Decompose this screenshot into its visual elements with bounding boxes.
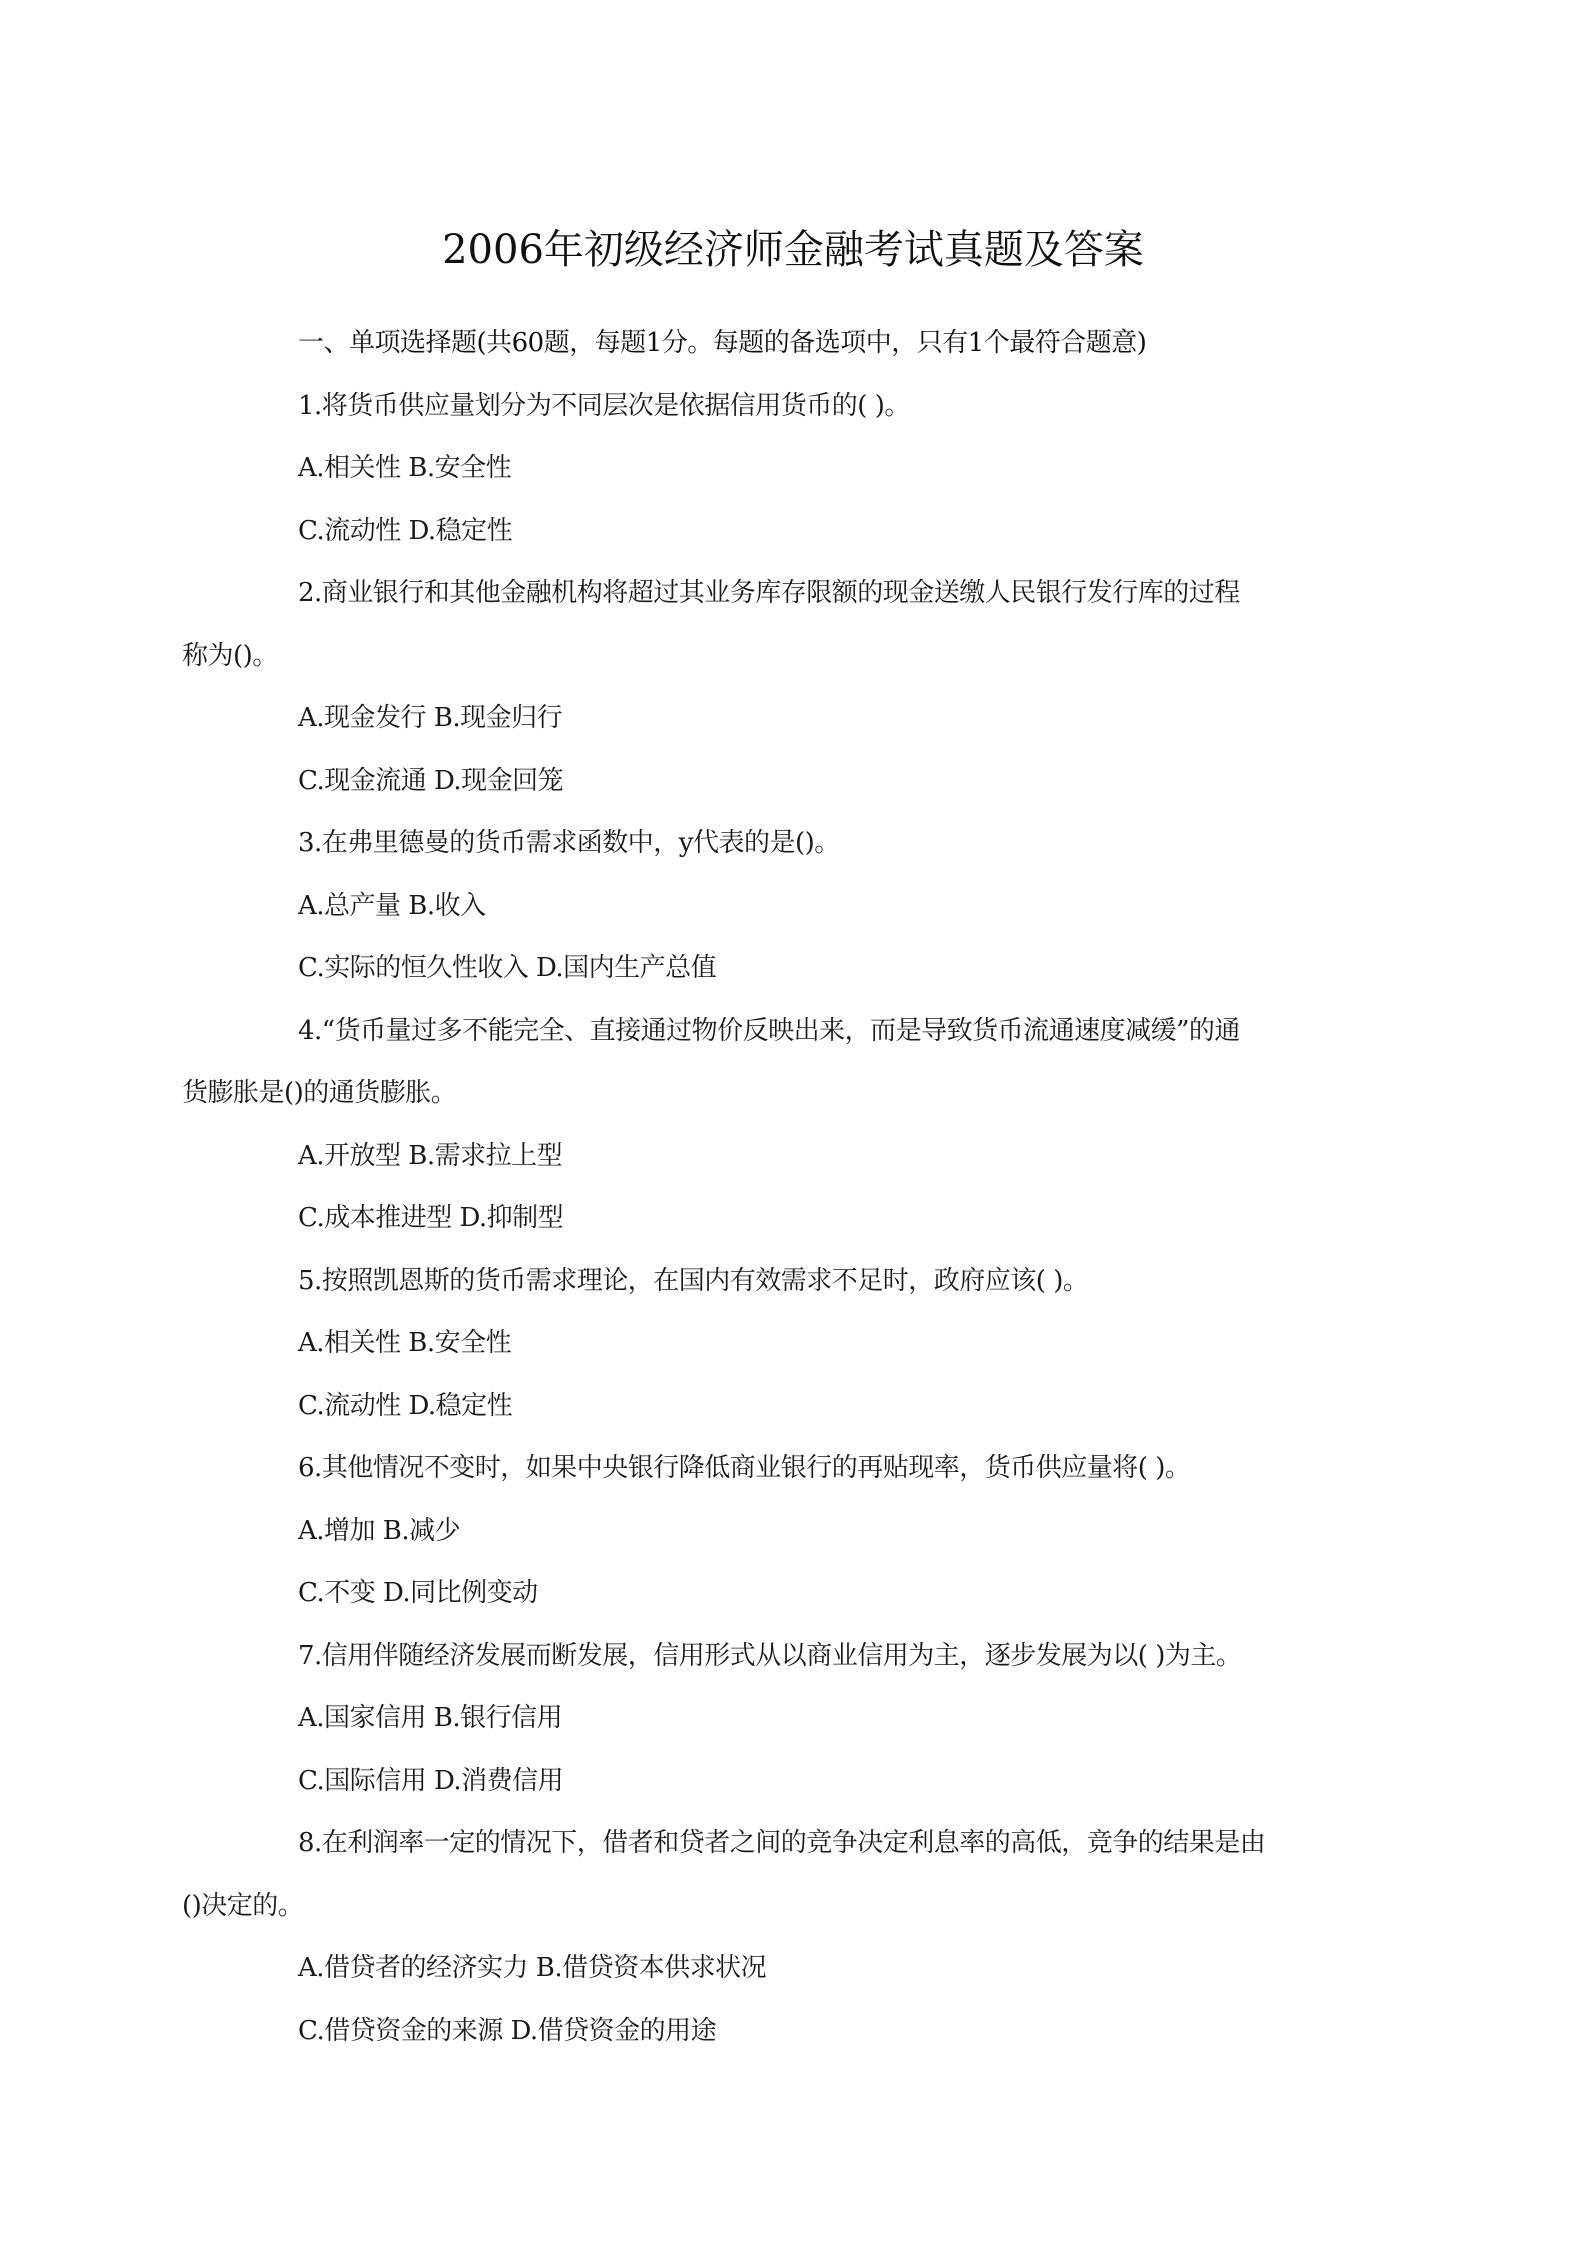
question-options-cd: C.现金流通 D.现金回笼 (240, 750, 1360, 813)
question-stem: 2.商业银行和其他金融机构将超过其业务库存限额的现金送缴人民银行发行库的过程 称… (240, 562, 1360, 687)
question-stem-line-1: 8.在利润率一定的情况下，借者和贷者之间的竞争决定利息率的高低，竞争的结果是由 (240, 1812, 1360, 1875)
question-6: 6.其他情况不变时，如果中央银行降低商业银行的再贴现率，货币供应量将( )。 A… (240, 1437, 1360, 1625)
document-body: 一、单项选择题(共60题，每题1分。每题的备选项中，只有1个最符合题意) 1.将… (240, 312, 1360, 2062)
question-stem: 4.“货币量过多不能完全、直接通过物价反映出来，而是导致货币流通速度减缓”的通 … (240, 1000, 1360, 1125)
question-stem: 6.其他情况不变时，如果中央银行降低商业银行的再贴现率，货币供应量将( )。 (240, 1437, 1360, 1500)
question-options-cd: C.成本推进型 D.抑制型 (240, 1187, 1360, 1250)
question-stem: 3.在弗里德曼的货币需求函数中，y代表的是()。 (240, 812, 1360, 875)
question-options-cd: C.不变 D.同比例变动 (240, 1562, 1360, 1625)
question-options-cd: C.流动性 D.稳定性 (240, 1375, 1360, 1438)
question-7: 7.信用伴随经济发展而断发展，信用形式从以商业信用为主，逐步发展为以( )为主。… (240, 1625, 1360, 1813)
question-stem: 1.将货币供应量划分为不同层次是依据信用货币的( )。 (240, 375, 1360, 438)
question-3: 3.在弗里德曼的货币需求函数中，y代表的是()。 A.总产量 B.收入 C.实际… (240, 812, 1360, 1000)
question-options-ab: A.开放型 B.需求拉上型 (240, 1125, 1360, 1188)
document-title: 2006年初级经济师金融考试真题及答案 (0, 222, 1586, 278)
question-options-cd: C.借贷资金的来源 D.借贷资金的用途 (240, 2000, 1360, 2063)
question-stem-line-1: 2.商业银行和其他金融机构将超过其业务库存限额的现金送缴人民银行发行库的过程 (240, 562, 1360, 625)
question-options-ab: A.相关性 B.安全性 (240, 437, 1360, 500)
question-1: 1.将货币供应量划分为不同层次是依据信用货币的( )。 A.相关性 B.安全性 … (240, 375, 1360, 563)
document-page: 2006年初级经济师金融考试真题及答案 一、单项选择题(共60题，每题1分。每题… (0, 0, 1586, 2244)
question-stem: 8.在利润率一定的情况下，借者和贷者之间的竞争决定利息率的高低，竞争的结果是由 … (240, 1812, 1360, 1937)
question-options-ab: A.相关性 B.安全性 (240, 1312, 1360, 1375)
question-stem-line-2: 称为()。 (182, 625, 1360, 688)
question-8: 8.在利润率一定的情况下，借者和贷者之间的竞争决定利息率的高低，竞争的结果是由 … (240, 1812, 1360, 2062)
section-heading: 一、单项选择题(共60题，每题1分。每题的备选项中，只有1个最符合题意) (240, 312, 1360, 375)
question-stem-line-1: 4.“货币量过多不能完全、直接通过物价反映出来，而是导致货币流通速度减缓”的通 (240, 1000, 1360, 1063)
question-options-ab: A.借贷者的经济实力 B.借贷资本供求状况 (240, 1937, 1360, 2000)
question-stem: 5.按照凯恩斯的货币需求理论，在国内有效需求不足时，政府应该( )。 (240, 1250, 1360, 1313)
question-options-ab: A.增加 B.减少 (240, 1500, 1360, 1563)
question-stem: 7.信用伴随经济发展而断发展，信用形式从以商业信用为主，逐步发展为以( )为主。 (240, 1625, 1360, 1688)
question-5: 5.按照凯恩斯的货币需求理论，在国内有效需求不足时，政府应该( )。 A.相关性… (240, 1250, 1360, 1438)
question-options-cd: C.流动性 D.稳定性 (240, 500, 1360, 563)
question-2: 2.商业银行和其他金融机构将超过其业务库存限额的现金送缴人民银行发行库的过程 称… (240, 562, 1360, 812)
question-4: 4.“货币量过多不能完全、直接通过物价反映出来，而是导致货币流通速度减缓”的通 … (240, 1000, 1360, 1250)
question-options-cd: C.国际信用 D.消费信用 (240, 1750, 1360, 1813)
question-stem-line-2: ()决定的。 (182, 1875, 1360, 1938)
question-options-ab: A.国家信用 B.银行信用 (240, 1687, 1360, 1750)
question-stem-line-2: 货膨胀是()的通货膨胀。 (182, 1062, 1360, 1125)
question-options-ab: A.现金发行 B.现金归行 (240, 687, 1360, 750)
question-options-cd: C.实际的恒久性收入 D.国内生产总值 (240, 937, 1360, 1000)
question-options-ab: A.总产量 B.收入 (240, 875, 1360, 938)
